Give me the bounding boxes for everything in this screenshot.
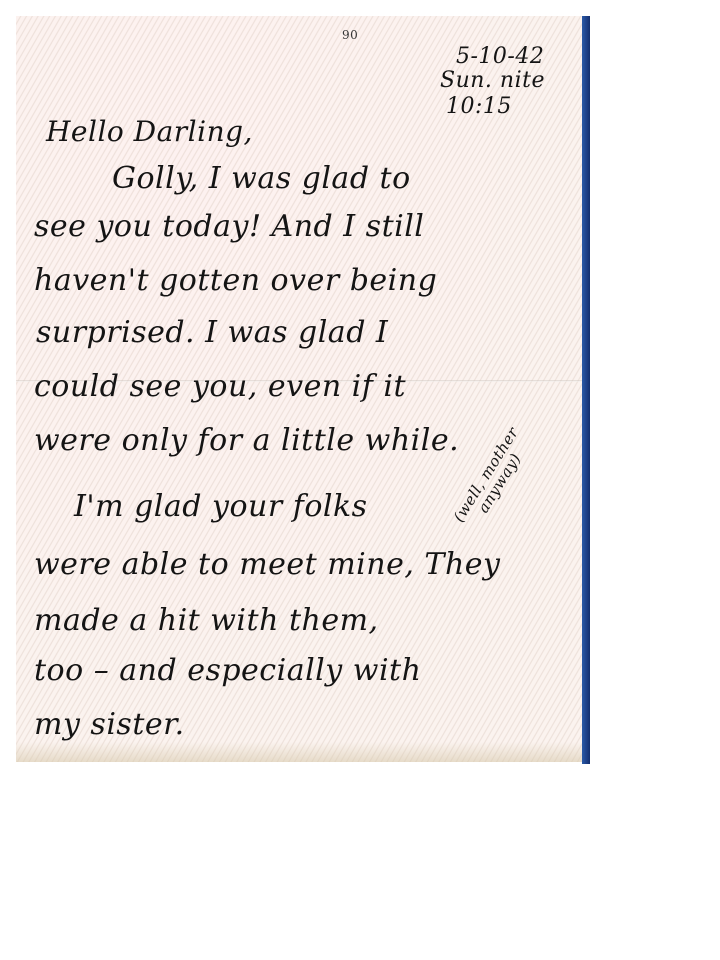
letter-line: surprised. I was glad I: [36, 318, 388, 348]
letter-line: made a hit with them,: [34, 606, 379, 636]
letter-paper: 90 5-10-42 Sun. nite 10:15 Hello Darling…: [16, 16, 582, 762]
letter-line: were only for a little while.: [34, 426, 459, 456]
scanned-page: 90 5-10-42 Sun. nite 10:15 Hello Darling…: [0, 0, 720, 960]
letter-line: could see you, even if it: [34, 372, 406, 402]
letter-line: I'm glad your folks: [74, 492, 368, 522]
letter-line: see you today! And I still: [34, 212, 424, 242]
letter-line: too – and especially with: [34, 656, 421, 686]
letter-line: Golly, I was glad to: [112, 164, 411, 194]
paper-edge-stain: [16, 742, 582, 762]
letter-time: 10:15: [446, 94, 512, 119]
marginal-note: (well, mother anyway): [451, 425, 535, 533]
letter-line: were able to meet mine, They: [34, 550, 500, 580]
page-number: 90: [342, 28, 358, 42]
letter-line: my sister.: [34, 710, 185, 740]
greeting: Hello Darling,: [46, 118, 253, 146]
letter-line: haven't gotten over being: [34, 266, 437, 296]
scanner-edge-strip: [582, 16, 590, 764]
letter-day: Sun. nite: [440, 68, 545, 93]
letter-date: 5-10-42: [456, 44, 544, 69]
